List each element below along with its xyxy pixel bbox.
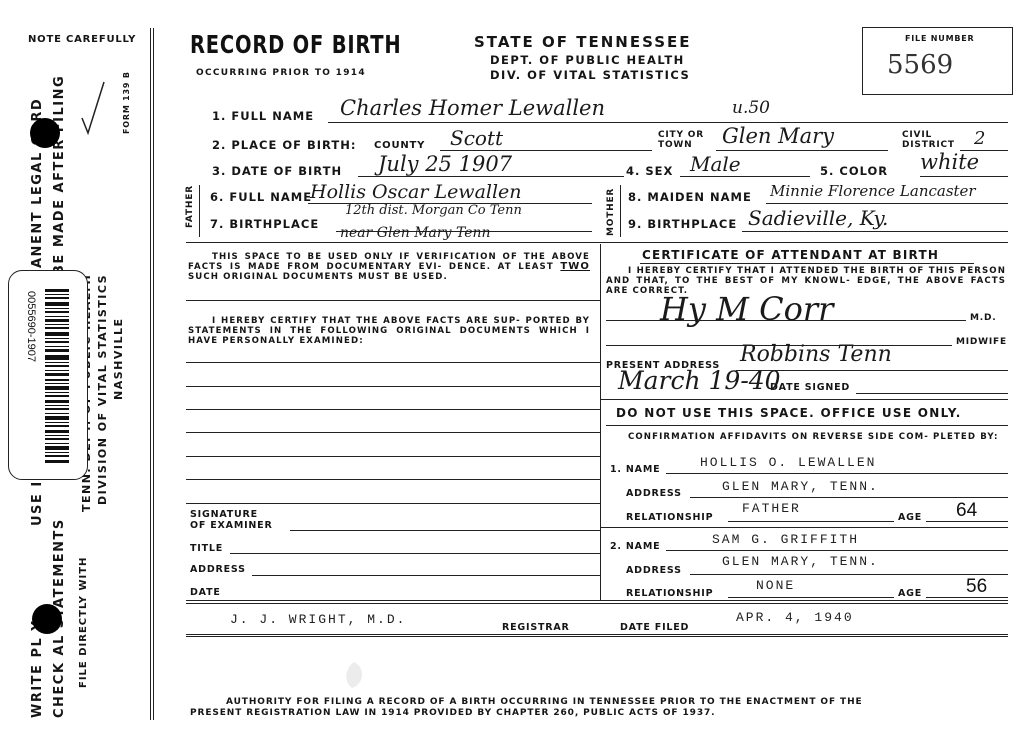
- division-name: DIV. OF VITAL STATISTICS: [490, 68, 690, 82]
- full-name-label: 1. FULL NAME: [212, 109, 314, 123]
- md-label: M.D.: [970, 313, 996, 323]
- affiant-1-address-label: ADDRESS: [626, 488, 682, 499]
- sex-label: 4. SEX: [626, 164, 673, 178]
- affiant-2-address-line: [690, 574, 1008, 575]
- margin-line-use-ink: USE I: [30, 480, 45, 526]
- affiant-2-age[interactable]: 56: [966, 576, 987, 598]
- document-line-5[interactable]: [186, 456, 600, 457]
- dept-line-3: NASHVILLE: [112, 318, 125, 401]
- county-label: COUNTY: [374, 140, 425, 151]
- date-of-birth-label: 3. DATE OF BIRTH: [212, 164, 342, 178]
- file-number: 5569: [887, 50, 953, 80]
- document-line-2[interactable]: [186, 386, 600, 387]
- margin-line-after-filing: BE MADE AFTER FILING: [52, 75, 67, 275]
- mother-name-label: 8. MAIDEN NAME: [628, 190, 752, 204]
- date-filed-value[interactable]: APR. 4, 1940: [736, 610, 854, 625]
- margin-line-write-plainly: WRITE PL Y: [30, 620, 45, 718]
- father-bracket: [199, 185, 200, 237]
- file-directly-with: FILE DIRECTLY WITH: [78, 557, 89, 688]
- color-label: 5. COLOR: [820, 164, 888, 178]
- address-label: ADDRESS: [190, 564, 246, 575]
- affiant-1-relationship[interactable]: FATHER: [742, 501, 801, 516]
- title-label: TITLE: [190, 543, 223, 554]
- date-of-birth-line: [358, 176, 624, 177]
- rule: [600, 527, 1008, 528]
- rule: [186, 603, 1008, 604]
- place-of-birth-label: 2. PLACE OF BIRTH:: [212, 138, 356, 152]
- affiant-2-address-label: ADDRESS: [626, 565, 682, 576]
- rule: [186, 300, 600, 301]
- barcode-sticker: 0055690-1907: [8, 270, 88, 480]
- affiant-1-age-label: AGE: [898, 512, 922, 523]
- authority-line-2: PRESENT REGISTRATION LAW IN 1914 PROVIDE…: [190, 708, 716, 718]
- full-name-note: u.50: [732, 98, 770, 118]
- document-line-7[interactable]: [186, 503, 600, 504]
- watermark-leaf-icon: [342, 660, 366, 690]
- father-name-label: 6. FULL NAME: [210, 190, 312, 204]
- mother-bracket: [620, 185, 621, 237]
- signature-line: [606, 320, 966, 321]
- affiant-1-relationship-label: RELATIONSHIP: [626, 512, 713, 523]
- address-line[interactable]: [252, 575, 600, 576]
- father-birthplace-value-1[interactable]: 12th dist. Morgan Co Tenn: [345, 203, 522, 218]
- district-label-2: DISTRICT: [902, 140, 955, 150]
- mother-birthplace-line: [742, 231, 1008, 232]
- mother-birthplace-label: 9. BIRTHPLACE: [628, 217, 737, 231]
- section-divider: [186, 600, 1008, 601]
- color-line: [920, 176, 1008, 177]
- present-address-value[interactable]: Robbins Tenn: [740, 342, 892, 367]
- mother-name-value[interactable]: Minnie Florence Lancaster: [770, 182, 976, 200]
- checkmark-icon: [78, 78, 108, 138]
- affiant-2-name[interactable]: SAM G. GRIFFITH: [712, 532, 859, 547]
- affiant-2-relationship-label: RELATIONSHIP: [626, 588, 713, 599]
- sex-value[interactable]: Male: [690, 152, 741, 176]
- barcode-number: 0055690-1907: [25, 291, 37, 362]
- form-number: FORM 139 B: [122, 71, 131, 134]
- affiant-1-name[interactable]: HOLLIS O. LEWALLEN: [700, 455, 876, 470]
- father-section-label: FATHER: [185, 185, 195, 228]
- affiant-1-name-label: 1. NAME: [610, 464, 660, 475]
- mother-birthplace-value[interactable]: Sadieville, Ky.: [748, 206, 888, 230]
- date-of-birth-value[interactable]: July 25 1907: [378, 152, 512, 176]
- full-name-value[interactable]: Charles Homer Lewallen: [340, 96, 605, 120]
- file-number-box: FILE NUMBER 5569: [862, 27, 1013, 95]
- date-label: DATE: [190, 587, 221, 598]
- affiant-2-name-line: [666, 550, 1008, 551]
- midwife-label: MIDWIFE: [956, 337, 1007, 347]
- father-birthplace-value-2[interactable]: near Glen Mary Tenn: [340, 225, 491, 241]
- father-birthplace-label: 7. BIRTHPLACE: [210, 217, 319, 231]
- county-line: [440, 150, 652, 151]
- date-signed-value[interactable]: March 19-40: [618, 366, 781, 395]
- city-label-1: CITY OR: [658, 130, 704, 140]
- affiant-2-relationship-line: [728, 597, 894, 598]
- file-number-label: FILE NUMBER: [905, 34, 974, 43]
- mother-name-line: [766, 203, 1008, 204]
- punch-hole-top: [30, 118, 60, 148]
- sex-line: [680, 176, 810, 177]
- margin-rule: [153, 28, 154, 720]
- affiant-1-address[interactable]: GLEN MARY, TENN.: [722, 479, 879, 494]
- dept-line-2: DIVISION OF VITAL STATISTICS: [96, 274, 109, 505]
- heading-underline: [640, 263, 974, 264]
- attendant-signature[interactable]: Hy M Corr: [660, 290, 833, 328]
- punch-hole-bottom: [32, 604, 62, 634]
- mother-section-label: MOTHER: [606, 188, 616, 236]
- emphasis-two: TWO: [560, 261, 590, 272]
- office-use-heading: DO NOT USE THIS SPACE. OFFICE USE ONLY.: [616, 406, 962, 420]
- signature-line[interactable]: [290, 530, 600, 531]
- page-title: RECORD OF BIRTH: [190, 30, 401, 59]
- authority-line-1: AUTHORITY FOR FILING A RECORD OF A BIRTH…: [226, 697, 863, 707]
- date-signed-label: DATE SIGNED: [770, 382, 850, 393]
- affiant-1-age[interactable]: 64: [956, 500, 977, 522]
- father-name-value[interactable]: Hollis Oscar Lewallen: [310, 181, 522, 203]
- full-name-line: [328, 122, 1008, 123]
- document-line-3[interactable]: [186, 409, 600, 410]
- registrar-label: REGISTRAR: [502, 622, 570, 633]
- office-use-intro: CONFIRMATION AFFIDAVITS ON REVERSE SIDE …: [606, 432, 1006, 442]
- district-value[interactable]: 2: [974, 128, 985, 149]
- document-line-1[interactable]: [186, 362, 600, 363]
- affiant-1-address-line: [690, 497, 1008, 498]
- column-divider: [600, 244, 601, 600]
- note-carefully: NOTE CAREFULLY: [28, 34, 136, 45]
- affiant-2-age-label: AGE: [898, 588, 922, 599]
- document-line-4[interactable]: [186, 432, 600, 433]
- section-divider: [186, 242, 1008, 243]
- affiant-2-relationship[interactable]: NONE: [756, 578, 795, 593]
- barcode-icon: [45, 289, 69, 465]
- page-subtitle: OCCURRING PRIOR TO 1914: [196, 68, 366, 78]
- state-name: STATE OF TENNESSEE: [474, 33, 692, 51]
- affiant-1-name-line: [666, 473, 1008, 474]
- signature-label-1: SIGNATURE: [190, 509, 258, 520]
- affiant-2-name-label: 2. NAME: [610, 541, 660, 552]
- city-label-2: TOWN: [658, 140, 692, 150]
- certify-statement: I HEREBY CERTIFY THAT THE ABOVE FACTS AR…: [188, 316, 590, 346]
- county-value[interactable]: Scott: [450, 126, 503, 150]
- signature-label-2: OF EXAMINER: [190, 520, 273, 531]
- city-line: [716, 150, 888, 151]
- rule: [186, 636, 1008, 637]
- verification-instructions: THIS SPACE TO BE USED ONLY IF VERIFICATI…: [188, 252, 590, 282]
- city-value[interactable]: Glen Mary: [722, 124, 834, 148]
- attendant-heading: CERTIFICATE OF ATTENDANT AT BIRTH: [642, 248, 939, 262]
- department-name: DEPT. OF PUBLIC HEALTH: [490, 53, 685, 67]
- date-signed-line: [856, 393, 1008, 394]
- affiant-1-relationship-line: [728, 521, 894, 522]
- rule: [606, 425, 1008, 426]
- date-filed-label: DATE FILED: [620, 622, 689, 633]
- registrar-name[interactable]: J. J. WRIGHT, M.D.: [230, 612, 406, 627]
- affiant-2-address[interactable]: GLEN MARY, TENN.: [722, 554, 879, 569]
- title-line[interactable]: [230, 553, 600, 554]
- color-value[interactable]: white: [920, 150, 979, 174]
- margin-rule: [150, 28, 151, 720]
- district-label-1: CIVIL: [902, 130, 932, 140]
- rule: [186, 634, 1008, 635]
- document-line-6[interactable]: [186, 479, 600, 480]
- section-divider: [600, 399, 1008, 400]
